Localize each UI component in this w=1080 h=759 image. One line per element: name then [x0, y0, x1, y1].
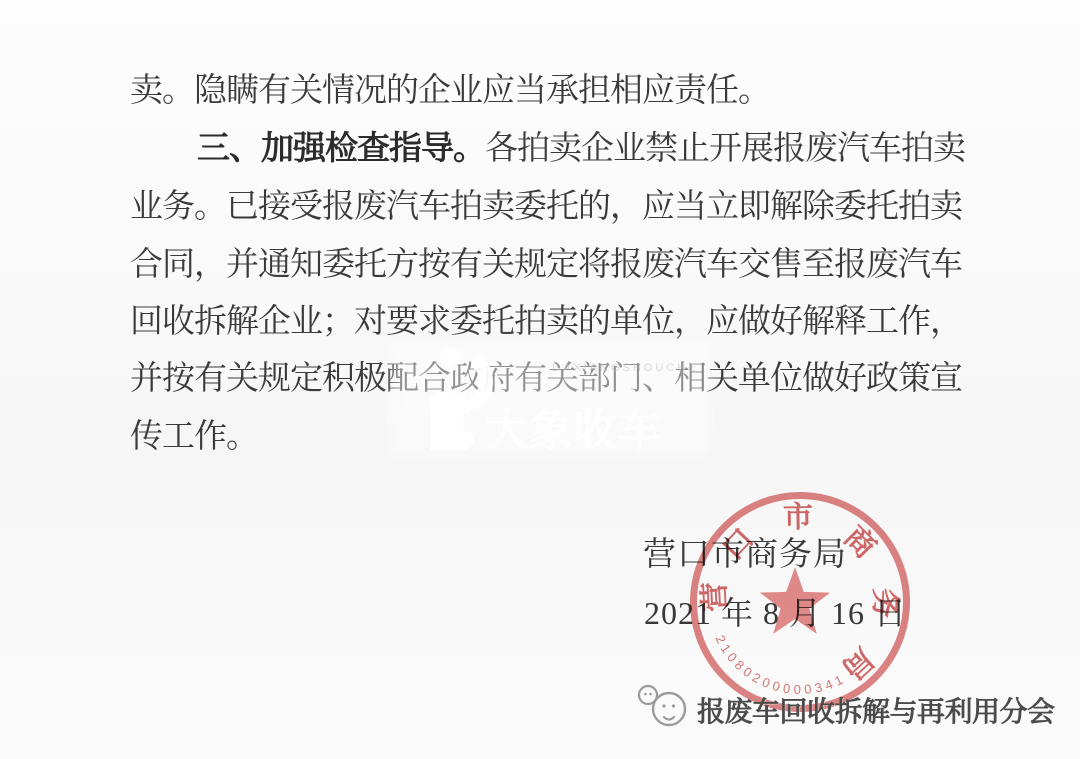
paragraph-text: 各拍卖企业禁止开展报废汽车拍卖 — [485, 131, 965, 167]
paragraph-line: 合同，并通知委托方按有关规定将报废汽车交售至报废汽车 — [130, 246, 962, 284]
footer-branding: 报废车回收拆解与再利用分会 — [636, 684, 694, 736]
svg-text:21080200000341: 21080200000341 — [712, 633, 848, 697]
document-page: 卖。隐瞒有关情况的企业应当承担相应责任。 三、加强检查指导。各拍卖企业禁止开展报… — [0, 0, 1080, 759]
seal-serial-number: 21080200000341 — [680, 482, 920, 722]
paragraph-line: 业务。已接受报废汽车拍卖委托的，应当立即解除委托拍卖 — [130, 188, 962, 226]
section-heading: 三、加强检查指导。 — [197, 131, 485, 167]
watermark-latin-text: DAXIANGSHOUCHE — [552, 362, 699, 374]
watermark-brand-text: 大象收车 — [485, 394, 661, 458]
paragraph-line: 卖。隐瞒有关情况的企业应当承担相应责任。 — [130, 72, 770, 110]
elephant-footer-icon — [636, 684, 694, 732]
paragraph-line: 回收拆解企业；对要求委托拍卖的单位，应做好解释工作， — [130, 303, 962, 341]
paragraph-line: 传工作。 — [130, 418, 258, 456]
paragraph-line: 三、加强检查指导。各拍卖企业禁止开展报废汽车拍卖 — [197, 130, 965, 168]
footer-association-name: 报废车回收拆解与再利用分会 — [697, 690, 1055, 730]
